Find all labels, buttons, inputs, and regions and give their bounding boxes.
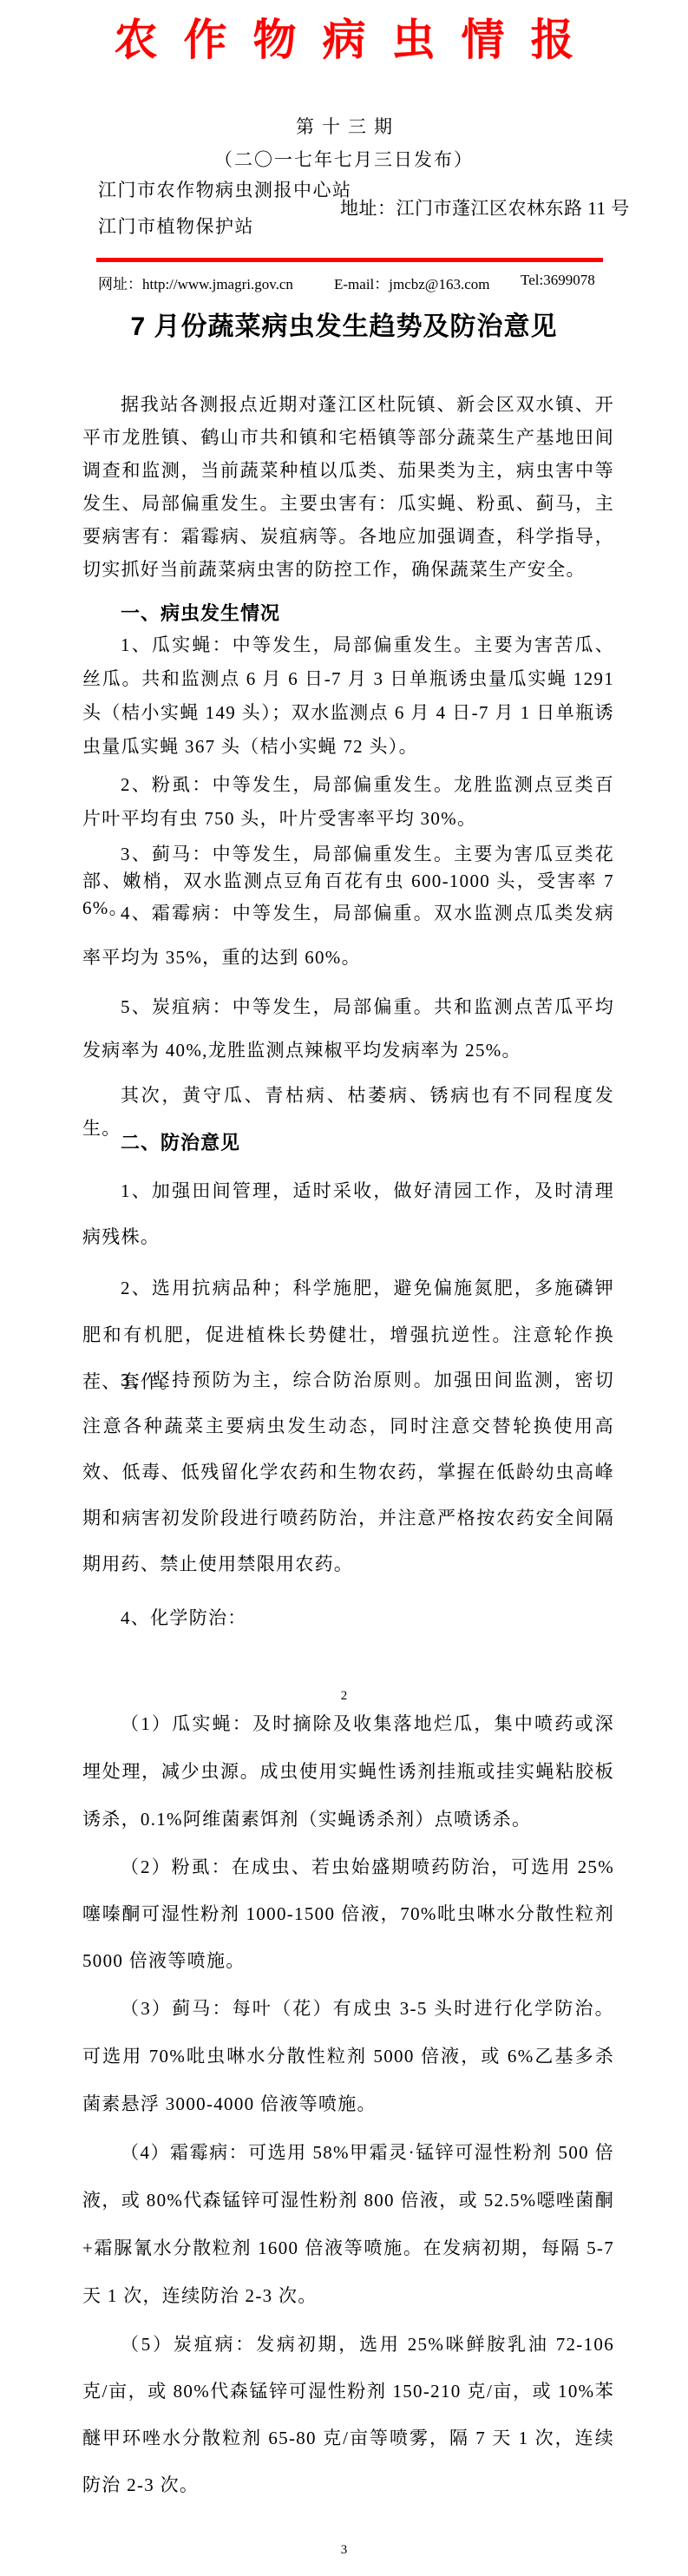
chemical-item-downy-mildew: （4）霜霉病：可选用 58%甲霜灵·锰锌可湿性粉剂 500 倍液，或 80%代森… [82, 2129, 614, 2320]
telephone-number: Tel:3699078 [521, 272, 595, 289]
website-url: 网址：http://www.jmagri.gov.cn [98, 272, 293, 293]
masthead-divider-rule [96, 258, 603, 262]
pest-item-anthracnose: 5、炭疽病：中等发生，局部偏重。共和监测点苦瓜平均发病率为 40%,龙胜监测点辣… [82, 985, 614, 1072]
article-title: 7 月份蔬菜病虫发生趋势及防治意见 [0, 305, 688, 343]
chemical-item-thrips: （3）蓟马：每叶（花）有成虫 3-5 头时进行化学防治。可选用 70%吡虫啉水分… [82, 1985, 614, 2128]
section2-heading: 二、防治意见 [121, 1128, 240, 1155]
chemical-item-anthracnose: （5）炭疽病：发病初期，选用 25%咪鲜胺乳油 72-106 克/亩，或 80%… [82, 2321, 614, 2508]
org-name-secondary: 江门市植物保护站 [98, 213, 254, 239]
advice-item-chemical-control-label: 4、化学防治： [82, 1601, 614, 1634]
chemical-item-whitefly: （2）粉虱：在成虫、若虫始盛期喷药防治，可选用 25%噻嗪酮可湿性粉剂 1000… [82, 1843, 614, 1984]
pest-item-melon-fly: 1、瓜实蝇：中等发生，局部偏重发生。主要为害苦瓜、丝瓜。共和监测点 6 月 6 … [82, 628, 614, 764]
pest-item-downy-mildew: 4、霜霉病：中等发生，局部偏重。双水监测点瓜类发病率平均为 35%，重的达到 6… [82, 891, 614, 980]
org-address: 地址：江门市蓬江区农林东路 11 号 [340, 194, 630, 220]
bulletin-page: 农作物病虫情报 第十三期 （二〇一七年七月三日发布） 江门市农作物病虫测报中心站… [0, 0, 688, 2576]
section1-heading: 一、病虫发生情况 [121, 599, 280, 626]
page-number-3: 3 [0, 2543, 688, 2558]
issue-number: 第十三期 [0, 113, 688, 139]
chemical-item-melon-fly: （1）瓜实蝇：及时摘除及收集落地烂瓜，集中喷药或深埋处理，减少虫源。成虫使用实蝇… [82, 1700, 614, 1843]
org-name-primary: 江门市农作物病虫测报中心站 [98, 176, 352, 202]
pest-item-whitefly: 2、粉虱：中等发生，局部偏重发生。龙胜监测点豆类百片叶平均有虫 750 头，叶片… [82, 768, 614, 836]
email-address: E-mail：jmcbz@163.com [334, 272, 489, 293]
intro-paragraph: 据我站各测报点近期对蓬江区杜阮镇、新会区双水镇、开平市龙胜镇、鹤山市共和镇和宅梧… [82, 388, 614, 586]
release-date: （二〇一七年七月三日发布） [0, 146, 688, 172]
advice-item-prevention-first: 3、坚持预防为主，综合防治原则。加强田间监测，密切注意各种蔬菜主要病虫发生动态，… [82, 1357, 614, 1587]
advice-item-field-management: 1、加强田间管理，适时采收，做好清园工作，及时清理病残株。 [82, 1168, 614, 1260]
masthead-title: 农作物病虫情报 [0, 5, 688, 68]
